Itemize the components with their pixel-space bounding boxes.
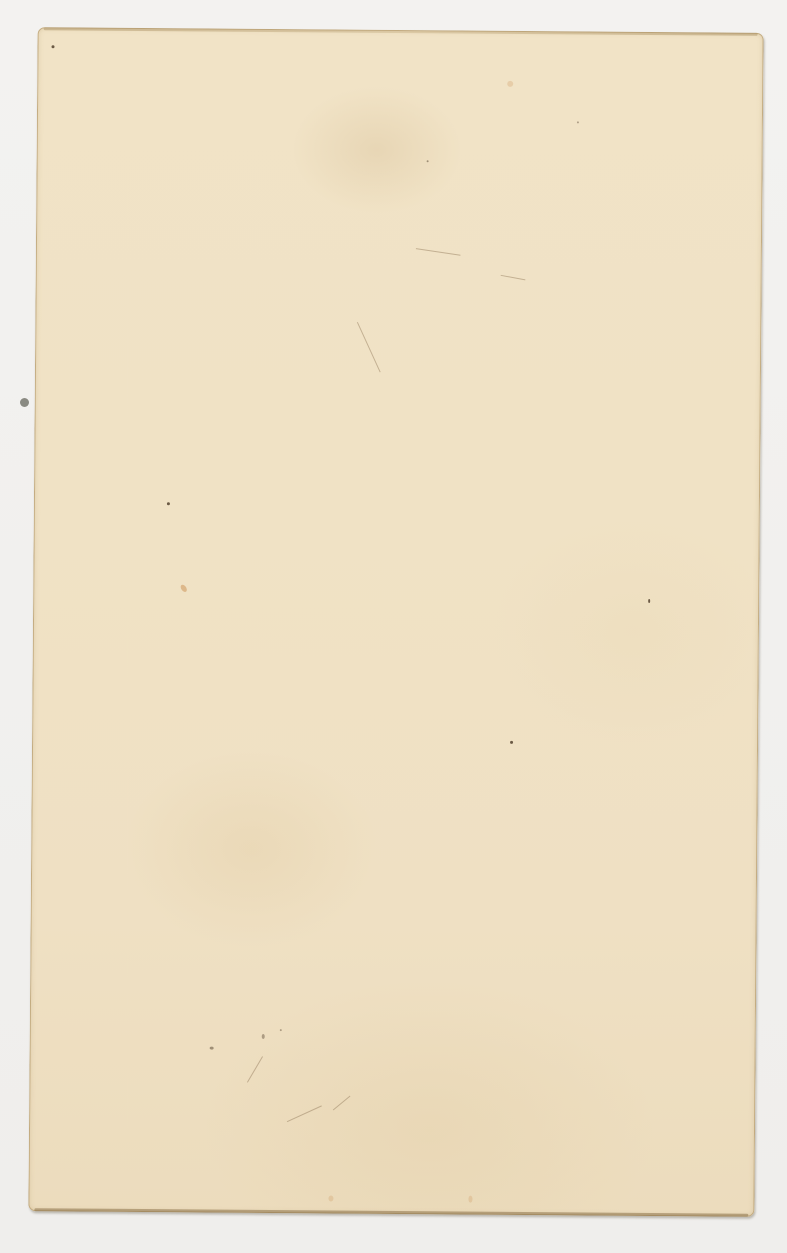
speck (510, 741, 513, 744)
speck (577, 121, 579, 123)
dust-speck (20, 398, 29, 407)
speck (262, 1034, 265, 1039)
speck (648, 599, 650, 603)
speck (51, 45, 54, 48)
blank-card (28, 27, 763, 1217)
scratch (501, 275, 526, 281)
scratch (333, 1096, 351, 1111)
stain (328, 1195, 333, 1201)
stain (179, 584, 188, 593)
stain (468, 1196, 472, 1203)
scratch (416, 248, 461, 256)
stain (507, 81, 513, 87)
scratch (357, 322, 381, 372)
speck (280, 1029, 282, 1031)
scratch (287, 1105, 322, 1122)
speck (427, 160, 429, 162)
scratch (247, 1056, 263, 1082)
speck (167, 502, 170, 505)
speck (210, 1047, 214, 1050)
